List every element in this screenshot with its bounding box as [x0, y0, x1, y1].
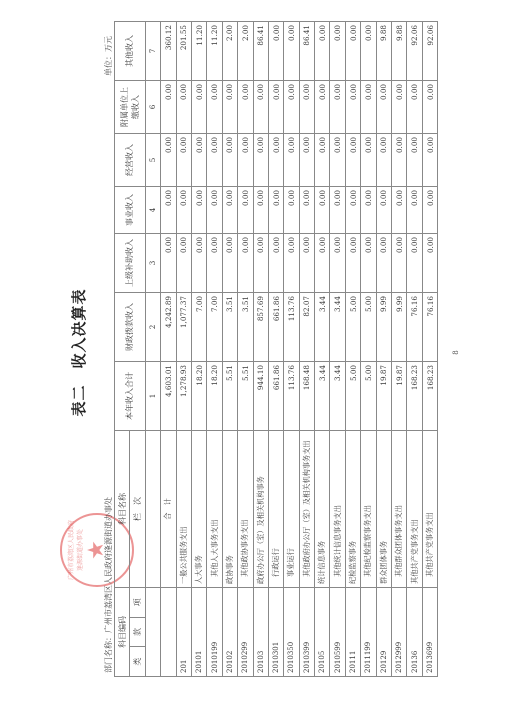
row-name: 其他纪检监察事务支出 [361, 431, 376, 588]
row-name: 行政运行 [268, 431, 283, 588]
row-col3: 0.00 [361, 234, 376, 293]
col-index: 5 [145, 134, 160, 187]
row-col3: 0.00 [253, 234, 268, 293]
row-col6: 0.00 [407, 81, 422, 134]
row-name: 政府办公厅（室）及相关机构事务 [253, 431, 268, 588]
row-col5: 0.00 [407, 134, 422, 187]
row-col4: 0.00 [176, 187, 191, 234]
table-row: 2013699其他共产党事务支出168.2376.160.000.000.000… [422, 22, 437, 677]
row-col7: 201.55 [176, 22, 191, 81]
header-name: 科目名称 [115, 431, 130, 588]
table-row: 20102政协事务5.513.510.000.000.000.002.00 [222, 22, 237, 677]
row-code: 20111 [345, 588, 360, 677]
row-col3: 0.00 [376, 234, 391, 293]
row-name: 其他统计信息事务支出 [330, 431, 345, 588]
row-name: 其他群众团体事务支出 [392, 431, 407, 588]
row-col6: 0.00 [376, 81, 391, 134]
row-col7: 92.06 [422, 22, 437, 81]
row-col3: 0.00 [392, 234, 407, 293]
row-col4: 0.00 [207, 187, 222, 234]
row-col5: 0.00 [222, 134, 237, 187]
table-row: 20103政府办公厅（室）及相关机构事务944.10857.690.000.00… [253, 22, 268, 677]
row-col1: 18.20 [207, 362, 222, 431]
row-col3: 0.00 [238, 234, 253, 293]
table-row: 2012999其他群众团体事务支出19.879.990.000.000.000.… [392, 22, 407, 677]
row-col7: 0.00 [284, 22, 299, 81]
row-col7: 9.88 [392, 22, 407, 81]
row-code: 2010599 [330, 588, 345, 677]
row-col1: 3.44 [330, 362, 345, 431]
row-col4: 0.00 [268, 187, 283, 234]
row-col1: 1,278.93 [176, 362, 191, 431]
row-col1: 19.87 [392, 362, 407, 431]
row-col5: 0.00 [345, 134, 360, 187]
row-code: 2012999 [392, 588, 407, 677]
row-col7: 92.06 [407, 22, 422, 81]
row-name: 其他政府办公厅（室）及相关机构事务支出 [299, 431, 314, 588]
row-col7: 86.41 [253, 22, 268, 81]
total-col6: 0.00 [161, 81, 176, 134]
lanci-cell [145, 431, 160, 588]
row-col5: 0.00 [176, 134, 191, 187]
row-col1: 168.23 [422, 362, 437, 431]
row-col7: 0.00 [315, 22, 330, 81]
header-col3: 上级补助收入 [115, 234, 146, 293]
row-col4: 0.00 [299, 187, 314, 234]
row-col4: 0.00 [315, 187, 330, 234]
page-number: 8 [452, 0, 460, 705]
row-col2: 7.00 [207, 293, 222, 362]
table-row: 2010199其他人大事务支出18.207.000.000.000.000.00… [207, 22, 222, 677]
row-name: 统计信息事务 [315, 431, 330, 588]
row-col2: 5.00 [345, 293, 360, 362]
row-col7: 0.00 [330, 22, 345, 81]
row-col4: 0.00 [345, 187, 360, 234]
row-col3: 0.00 [222, 234, 237, 293]
row-name: 政协事务 [222, 431, 237, 588]
row-col5: 0.00 [330, 134, 345, 187]
row-col3: 0.00 [284, 234, 299, 293]
row-col6: 0.00 [284, 81, 299, 134]
row-col6: 0.00 [222, 81, 237, 134]
table-row: 2010399其他政府办公厅（室）及相关机构事务支出168.4882.070.0… [299, 22, 314, 677]
row-code: 20129 [376, 588, 391, 677]
row-col1: 944.10 [253, 362, 268, 431]
row-code: 2010301 [268, 588, 283, 677]
header-col7: 其他收入 [115, 22, 146, 81]
table-row: 2011199其他纪检监察事务支出5.005.000.000.000.000.0… [361, 22, 376, 677]
row-col4: 0.00 [284, 187, 299, 234]
row-col3: 0.00 [407, 234, 422, 293]
row-col3: 0.00 [422, 234, 437, 293]
total-col5: 0.00 [161, 134, 176, 187]
table-row: 20101人大事务18.207.000.000.000.000.0011.20 [191, 22, 206, 677]
col-index: 4 [145, 187, 160, 234]
row-col5: 0.00 [191, 134, 206, 187]
row-col2: 9.99 [376, 293, 391, 362]
row-col7: 9.88 [376, 22, 391, 81]
table-row: 20136其他共产党事务支出168.2376.160.000.000.000.0… [407, 22, 422, 677]
row-name: 群众团体事务 [376, 431, 391, 588]
row-col6: 0.00 [299, 81, 314, 134]
row-name: 纪检监察事务 [345, 431, 360, 588]
row-col6: 0.00 [268, 81, 283, 134]
seal-text: 广州市荔湾区人民政府逢源街道办事处 [66, 519, 84, 581]
row-col2: 7.00 [191, 293, 206, 362]
row-col2: 3.44 [315, 293, 330, 362]
row-col4: 0.00 [392, 187, 407, 234]
row-col3: 0.00 [207, 234, 222, 293]
row-col1: 5.00 [361, 362, 376, 431]
col-index: 7 [145, 22, 160, 81]
row-name: 其他共产党事务支出 [407, 431, 422, 588]
total-col3: 0.00 [161, 234, 176, 293]
row-col2: 9.99 [392, 293, 407, 362]
row-col7: 11.20 [191, 22, 206, 81]
row-col6: 0.00 [422, 81, 437, 134]
col-index: 2 [145, 293, 160, 362]
row-col6: 0.00 [315, 81, 330, 134]
row-col1: 661.86 [268, 362, 283, 431]
col-index: 1 [145, 362, 160, 431]
table-row: 2010299其他政协事务支出5.513.510.000.000.000.002… [238, 22, 253, 677]
row-col5: 0.00 [299, 134, 314, 187]
row-col7: 11.20 [207, 22, 222, 81]
row-col5: 0.00 [422, 134, 437, 187]
row-col2: 5.00 [361, 293, 376, 362]
row-col2: 76.16 [422, 293, 437, 362]
row-code: 2010350 [284, 588, 299, 677]
row-name: 事业运行 [284, 431, 299, 588]
table-row: 2010301行政运行661.86661.860.000.000.000.000… [268, 22, 283, 677]
row-col3: 0.00 [330, 234, 345, 293]
row-col4: 0.00 [330, 187, 345, 234]
unit-label: 单位：万元 [103, 36, 114, 76]
row-name: 一般公共服务支出 [176, 431, 191, 588]
table-row: 20105统计信息事务3.443.440.000.000.000.000.00 [315, 22, 330, 677]
row-col1: 19.87 [376, 362, 391, 431]
header-code-group: 科目编码 [115, 588, 130, 677]
table-row: 2010599其他统计信息事务支出3.443.440.000.000.000.0… [330, 22, 345, 677]
row-col2: 3.51 [222, 293, 237, 362]
page-title: 表二 收入决算表 [68, 0, 89, 705]
header-kuan: 款 [130, 617, 145, 647]
row-code: 20101 [191, 588, 206, 677]
row-col3: 0.00 [345, 234, 360, 293]
row-code: 20136 [407, 588, 422, 677]
row-col1: 5.51 [222, 362, 237, 431]
row-col4: 0.00 [407, 187, 422, 234]
row-col6: 0.00 [207, 81, 222, 134]
row-code: 2010299 [238, 588, 253, 677]
row-col2: 76.16 [407, 293, 422, 362]
col-index: 3 [145, 234, 160, 293]
row-col4: 0.00 [376, 187, 391, 234]
row-col1: 18.20 [191, 362, 206, 431]
row-col6: 0.00 [392, 81, 407, 134]
row-col2: 857.69 [253, 293, 268, 362]
row-name: 其他人大事务支出 [207, 431, 222, 588]
header-lanci: 栏 次 [130, 431, 145, 588]
total-col1: 4,603.01 [161, 362, 176, 431]
row-col1: 113.76 [284, 362, 299, 431]
row-code: 2010199 [207, 588, 222, 677]
col-index: 6 [145, 81, 160, 134]
row-name: 人大事务 [191, 431, 206, 588]
row-code: 201 [176, 588, 191, 677]
row-col5: 0.00 [238, 134, 253, 187]
header-col6: 附属单位上缴收入 [115, 81, 146, 134]
row-col5: 0.00 [284, 134, 299, 187]
row-col3: 0.00 [315, 234, 330, 293]
row-col7: 0.00 [345, 22, 360, 81]
row-col6: 0.00 [345, 81, 360, 134]
row-col3: 0.00 [299, 234, 314, 293]
row-col4: 0.00 [238, 187, 253, 234]
row-col5: 0.00 [376, 134, 391, 187]
row-code: 20102 [222, 588, 237, 677]
row-col5: 0.00 [268, 134, 283, 187]
row-code: 2010399 [299, 588, 314, 677]
row-code: 2013699 [422, 588, 437, 677]
row-col6: 0.00 [191, 81, 206, 134]
row-col1: 5.51 [238, 362, 253, 431]
row-col2: 3.44 [330, 293, 345, 362]
row-col3: 0.00 [268, 234, 283, 293]
row-col5: 0.00 [361, 134, 376, 187]
department-name: 部门名称：广州市荔湾区人民政府逢源街道办事处 [103, 497, 114, 673]
row-col2: 1,077.37 [176, 293, 191, 362]
row-code: 2011199 [361, 588, 376, 677]
row-name: 其他共产党事务支出 [422, 431, 437, 588]
row-col7: 86.41 [299, 22, 314, 81]
table-row: 2010350事业运行113.76113.760.000.000.000.000… [284, 22, 299, 677]
income-table: 科目编码 科目名称 本年收入合计 财政拨款收入 上级补助收入 事业收入 经营收入… [114, 21, 438, 677]
row-col1: 168.48 [299, 362, 314, 431]
header-xiang: 项 [130, 588, 145, 618]
row-col6: 0.00 [330, 81, 345, 134]
row-col3: 0.00 [176, 234, 191, 293]
row-col6: 0.00 [238, 81, 253, 134]
column-index-row: 1 2 3 4 5 6 7 [145, 22, 160, 677]
header-col2: 财政拨款收入 [115, 293, 146, 362]
row-col5: 0.00 [315, 134, 330, 187]
header-lei: 类 [130, 647, 145, 677]
header-col5: 经营收入 [115, 134, 146, 187]
row-col4: 0.00 [253, 187, 268, 234]
row-col5: 0.00 [392, 134, 407, 187]
row-col7: 2.00 [222, 22, 237, 81]
row-col1: 3.44 [315, 362, 330, 431]
row-col4: 0.00 [422, 187, 437, 234]
total-col2: 4,242.89 [161, 293, 176, 362]
row-col6: 0.00 [253, 81, 268, 134]
row-col3: 0.00 [191, 234, 206, 293]
row-col4: 0.00 [222, 187, 237, 234]
row-col6: 0.00 [361, 81, 376, 134]
row-col2: 661.86 [268, 293, 283, 362]
row-col7: 0.00 [268, 22, 283, 81]
header-col4: 事业收入 [115, 187, 146, 234]
total-label: 合 计 [161, 431, 176, 588]
row-col4: 0.00 [191, 187, 206, 234]
rotated-page: 表二 收入决算表 广州市荔湾区人民政府逢源街道办事处 ★ 部门名称：广州市荔湾区… [0, 0, 531, 705]
row-col7: 0.00 [361, 22, 376, 81]
row-col6: 0.00 [176, 81, 191, 134]
total-col4: 0.00 [161, 187, 176, 234]
row-col1: 168.23 [407, 362, 422, 431]
table-row: 20111纪检监察事务5.005.000.000.000.000.000.00 [345, 22, 360, 677]
row-col5: 0.00 [207, 134, 222, 187]
row-col4: 0.00 [361, 187, 376, 234]
row-code: 20103 [253, 588, 268, 677]
header-col1: 本年收入合计 [115, 362, 146, 431]
row-col2: 3.51 [238, 293, 253, 362]
table-row: 20129群众团体事务19.879.990.000.000.000.009.88 [376, 22, 391, 677]
row-col7: 2.00 [238, 22, 253, 81]
total-row: 合 计 4,603.01 4,242.89 0.00 0.00 0.00 0.0… [161, 22, 176, 677]
row-code: 20105 [315, 588, 330, 677]
table-row: 201一般公共服务支出1,278.931,077.370.000.000.000… [176, 22, 191, 677]
total-col7: 360.12 [161, 22, 176, 81]
row-col1: 5.00 [345, 362, 360, 431]
row-name: 其他政协事务支出 [238, 431, 253, 588]
row-col5: 0.00 [253, 134, 268, 187]
row-col2: 82.07 [299, 293, 314, 362]
row-col2: 113.76 [284, 293, 299, 362]
